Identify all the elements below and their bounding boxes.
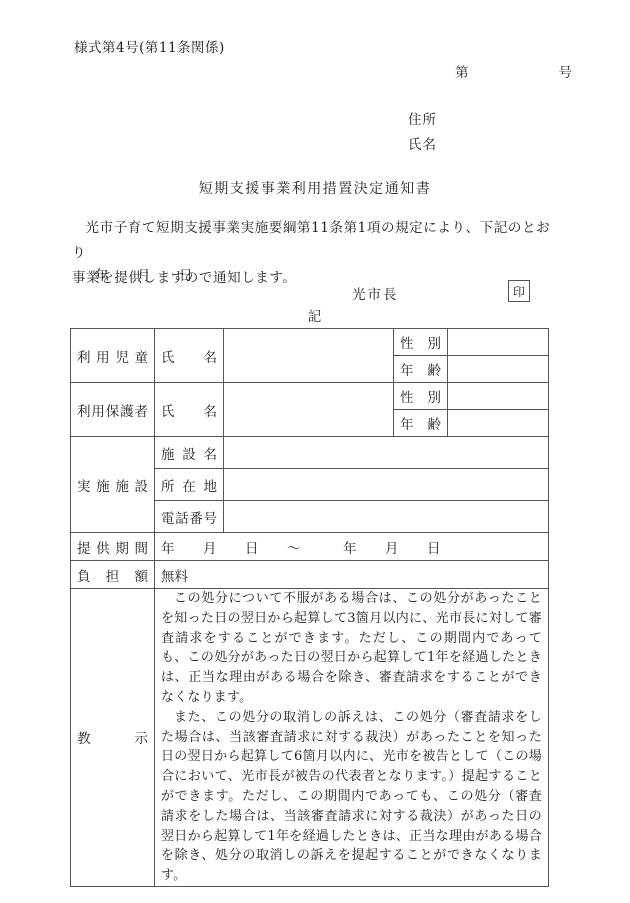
- period-value: 年 月 日 ～ 年 月 日: [155, 533, 549, 561]
- child-name-label: 氏名: [155, 329, 224, 383]
- doc-number: 第 号: [455, 61, 572, 81]
- instruction-text: この処分について不服がある場合は、この処分があったことを知った日の翌日から起算し…: [155, 589, 549, 887]
- facility-name-label: 施設名: [155, 437, 224, 469]
- guardian-name-value: [224, 383, 394, 437]
- seal-box: 印: [508, 280, 530, 302]
- doc-number-suffix: 号: [559, 61, 573, 81]
- guardian-row-label: 利用保護者: [71, 383, 155, 437]
- table-row: 実施施設 施設名: [71, 437, 549, 469]
- doc-number-prefix: 第: [455, 61, 469, 81]
- guardian-name-label: 氏名: [155, 383, 224, 437]
- facility-address-label: 所在地: [155, 469, 224, 501]
- mayor-name: 光市長: [352, 283, 399, 303]
- table-row: 利用児童 氏名 性別: [71, 329, 549, 356]
- facility-address-value: [224, 469, 549, 501]
- facility-name-value: [224, 437, 549, 469]
- fee-label: 負担額: [71, 561, 155, 589]
- table-row: 教示 この処分について不服がある場合は、この処分があったことを知った日の翌日から…: [71, 589, 549, 887]
- child-name-value: [224, 329, 394, 383]
- table-row: 提供期間 年 月 日 ～ 年 月 日: [71, 533, 549, 561]
- facility-phone-label: 電話番号: [155, 501, 224, 533]
- child-row-label: 利用児童: [71, 329, 155, 383]
- guardian-sex-label: 性別: [394, 383, 448, 410]
- guardian-age-value: [448, 410, 549, 437]
- guardian-sex-value: [448, 383, 549, 410]
- facility-phone-value: [224, 501, 549, 533]
- form-number: 様式第4号(第11条関係): [74, 36, 225, 56]
- date-line: 年 月 日: [95, 264, 193, 284]
- seal-mark: 印: [513, 283, 525, 300]
- child-sex-value: [448, 329, 549, 356]
- instruction-paragraph-1: この処分について不服がある場合は、この処分があったことを知った日の翌日から起算し…: [161, 589, 542, 708]
- instruction-paragraph-2: また、この処分の取消しの訴えは、この処分（審査請求をした場合は、当該審査請求に対…: [161, 708, 542, 886]
- page-title: 短期支援事業利用措置決定通知書: [0, 178, 630, 198]
- fee-value: 無料: [155, 561, 549, 589]
- facility-row-label: 実施施設: [71, 437, 155, 533]
- table-row: 利用保護者 氏名 性別: [71, 383, 549, 410]
- name-label: 氏名: [408, 133, 437, 153]
- period-label: 提供期間: [71, 533, 155, 561]
- table-row: 負担額 無料: [71, 561, 549, 589]
- section-marker: 記: [0, 305, 630, 325]
- child-age-value: [448, 356, 549, 383]
- notice-table: 利用児童 氏名 性別 年齢 利用保護者 氏名 性別 年齢: [70, 328, 549, 887]
- body-line-1: 光市子育て短期支援事業実施要綱第11条第1項の規定により、下記のとおり: [72, 216, 562, 266]
- child-age-label: 年齢: [394, 356, 448, 383]
- child-sex-label: 性別: [394, 329, 448, 356]
- document-page: 様式第4号(第11条関係) 第 号 住所 氏名 短期支援事業利用措置決定通知書 …: [0, 0, 630, 903]
- instruction-label: 教示: [71, 589, 155, 887]
- address-label: 住所: [408, 108, 437, 128]
- guardian-age-label: 年齢: [394, 410, 448, 437]
